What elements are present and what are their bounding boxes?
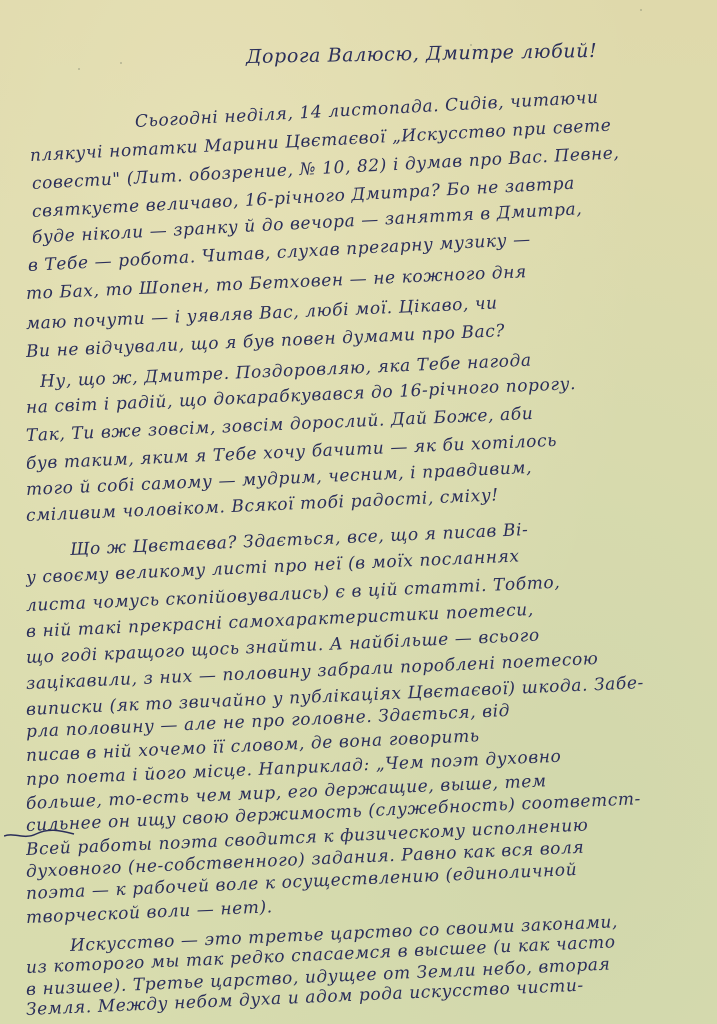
paper-speck [120, 62, 122, 64]
paper-speck [78, 68, 80, 70]
paper-speck [640, 9, 642, 11]
margin-scribble-icon [4, 828, 84, 842]
letter-salutation: Дорога Валюсю, Дмитре любий! [246, 40, 598, 68]
letter-page: Дорога Валюсю, Дмитре любий! Сьогодні не… [0, 0, 717, 1024]
